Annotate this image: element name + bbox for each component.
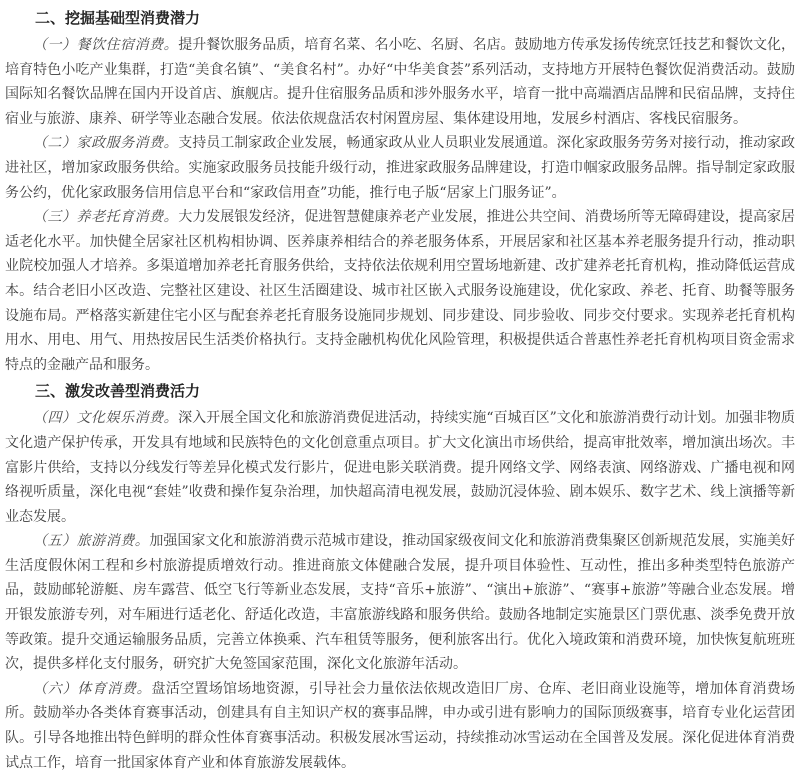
section-heading-basic-consumption: 二、挖掘基础型消费潜力 bbox=[5, 6, 795, 31]
paragraph-housekeeping: （二）家政服务消费。支持员工制家政企业发展，畅通家政从业人员职业发展通道。深化家… bbox=[5, 131, 795, 205]
document-page: 二、挖掘基础型消费潜力 （一）餐饮住宿消费。提升餐饮服务品质，培育名菜、名小吃、… bbox=[0, 0, 800, 781]
paragraph-culture-entertainment: （四）文化娱乐消费。深入开展全国文化和旅游消费促进活动，持续实施“百城百区”文化… bbox=[5, 406, 795, 529]
paragraph-lead: （一）餐饮住宿消费。 bbox=[33, 37, 178, 53]
paragraph-text: 大力发展银发经济，促进智慧健康养老产业发展，推进公共空间、消费场所等无障碍建设，… bbox=[5, 209, 795, 373]
paragraph-lead: （四）文化娱乐消费。 bbox=[33, 410, 178, 426]
paragraph-sports: （六）体育消费。盘活空置场馆场地资源，引导社会力量依法依规改造旧厂房、仓库、老旧… bbox=[5, 677, 795, 775]
paragraph-catering-lodging: （一）餐饮住宿消费。提升餐饮服务品质，培育名菜、名小吃、名厨、名店。鼓励地方传承… bbox=[5, 33, 795, 131]
section-heading-improvement-consumption: 三、激发改善型消费活力 bbox=[5, 379, 795, 404]
paragraph-lead: （二）家政服务消费。 bbox=[33, 135, 178, 151]
paragraph-eldercare-childcare: （三）养老托育消费。大力发展银发经济，促进智慧健康养老产业发展，推进公共空间、消… bbox=[5, 205, 795, 377]
paragraph-lead: （五）旅游消费。 bbox=[33, 533, 149, 549]
paragraph-lead: （三）养老托育消费。 bbox=[33, 209, 178, 225]
paragraph-text: 加强国家文化和旅游消费示范城市建设，推动国家级夜间文化和旅游消费集聚区创新规范发… bbox=[5, 533, 795, 672]
paragraph-tourism: （五）旅游消费。加强国家文化和旅游消费示范城市建设，推动国家级夜间文化和旅游消费… bbox=[5, 529, 795, 677]
paragraph-lead: （六）体育消费。 bbox=[33, 681, 151, 697]
paragraph-text: 深入开展全国文化和旅游消费促进活动，持续实施“百城百区”文化和旅游消费行动计划。… bbox=[5, 410, 795, 524]
